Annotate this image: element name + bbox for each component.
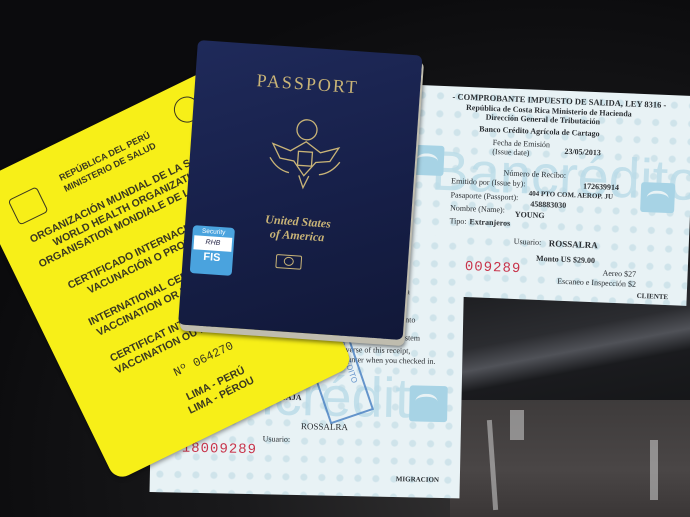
user-value: ROSSALRA	[549, 238, 598, 250]
eagle-seal-icon	[258, 113, 353, 199]
photo-scene: Bancrédito - COMPROBANTE IMPUESTO DE SAL…	[0, 0, 690, 517]
type-value: Extranjeros	[469, 217, 510, 228]
copy-label: CLIENTE	[637, 292, 669, 301]
name-label: Nombre (Name):	[450, 203, 505, 214]
issue-date: 23/05/2013	[564, 147, 601, 158]
passport-title: PASSPORT	[195, 66, 421, 103]
amount: Monto US $29.00	[536, 254, 595, 266]
type-label: Tipo:	[449, 216, 466, 226]
number-value: 064270	[191, 339, 236, 371]
bank-logo-icon	[640, 182, 675, 213]
security-sticker: Security RHB FIS	[190, 225, 235, 276]
name-value: YOUNG	[515, 210, 545, 220]
user-value: ROSSALRA	[301, 421, 348, 432]
us-passport: PASSPORT United States of America Securi…	[178, 40, 422, 340]
bank-logo-icon	[409, 385, 448, 422]
issue-date-label-en: (Issue date)	[492, 147, 529, 158]
receipt-bank: Banco Crédito Agrícola de Cartago	[479, 124, 600, 138]
copy-label: MIGRACION	[396, 475, 439, 484]
air-fee: Aereo $27	[602, 268, 636, 279]
number-label: Nº	[171, 361, 190, 380]
sticker-initials: RHB	[193, 235, 232, 252]
scan-fee: Escaneo e Inspección $2	[557, 277, 636, 289]
sticker-code: FIS	[190, 250, 233, 265]
user-label: Usuario:	[514, 237, 542, 247]
passport-number: 458883030	[530, 200, 566, 211]
biometric-chip-icon	[275, 254, 302, 270]
user-label: Usuario:	[263, 434, 291, 444]
floor-reflection	[450, 400, 690, 517]
receipt-number: 172639914	[583, 182, 619, 193]
